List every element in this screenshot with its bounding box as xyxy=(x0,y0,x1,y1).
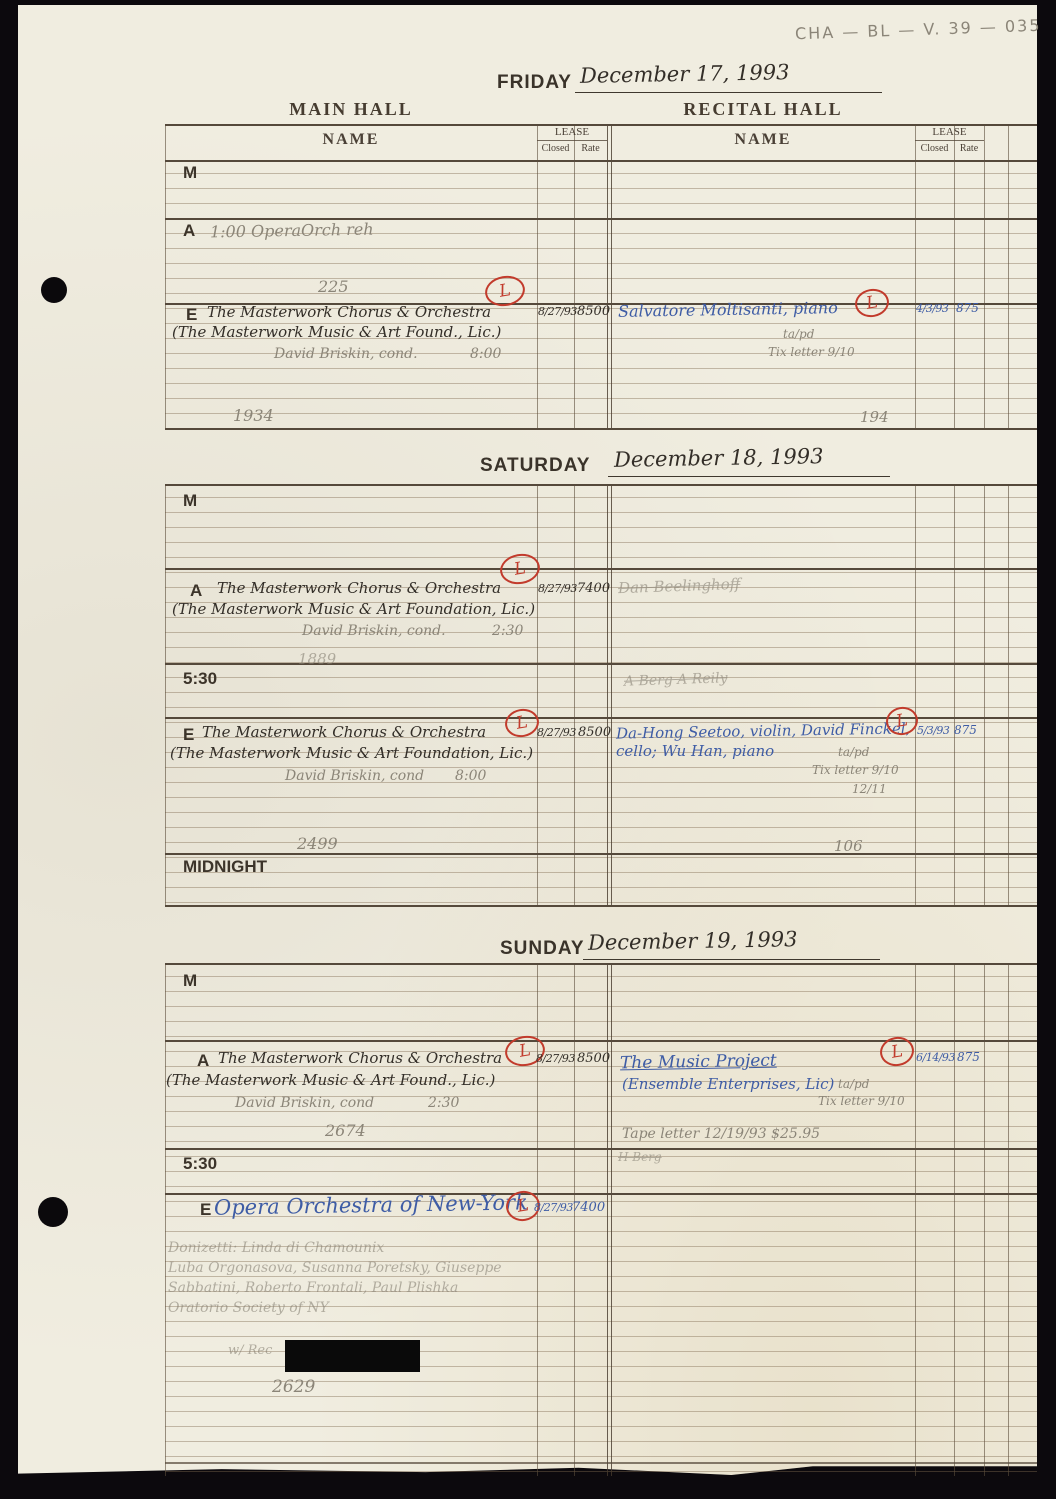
grid-line xyxy=(165,428,1037,430)
lease-rate-value: 8500 xyxy=(577,1051,610,1066)
time-note: 2:30 xyxy=(428,1095,459,1111)
closed-header-main: Closed xyxy=(537,143,574,154)
rate-header-recital: Rate xyxy=(954,143,984,154)
hole-punch-top xyxy=(41,277,67,303)
note: Tix letter 9/10 xyxy=(812,763,899,777)
cast-line: Oratorio Society of NY xyxy=(168,1300,329,1316)
lease-closed-value: 8/27/93 xyxy=(538,305,577,318)
grid-line xyxy=(165,963,1037,965)
slot-label-midnight: MIDNIGHT xyxy=(183,857,267,877)
entry-line: cello; Wu Han, piano xyxy=(616,742,774,760)
lease-rate-value: 875 xyxy=(956,301,979,315)
lease-rate-value: 7400 xyxy=(577,581,610,596)
day-title-sunday: SUNDAY xyxy=(500,938,585,960)
entry-line: (The Masterwork Music & Art Found., Lic.… xyxy=(166,1071,495,1089)
note: Tix letter 9/10 xyxy=(818,1094,905,1108)
grid-line xyxy=(915,140,984,141)
date-underline xyxy=(575,92,882,93)
time-note: 2:30 xyxy=(492,623,523,639)
slot-label-530: 5:30 xyxy=(183,1154,217,1174)
lease-rate-value: 875 xyxy=(954,723,977,737)
entry-line: The Masterwork Chorus & Orchestra xyxy=(217,579,501,597)
grid-line xyxy=(165,124,166,430)
grid-line xyxy=(165,568,1037,570)
attendance-count: 1889 xyxy=(298,650,336,668)
rule-lines xyxy=(165,160,1037,428)
entry-line: (Ensemble Enterprises, Lic) xyxy=(622,1075,834,1093)
note: 12/11 xyxy=(852,782,887,796)
lease-closed-value: 8/27/93 xyxy=(537,726,576,739)
grid-line xyxy=(537,124,538,430)
rate-header-main: Rate xyxy=(574,143,607,154)
slot-label-a: A xyxy=(197,1051,209,1071)
grid-line xyxy=(165,484,166,907)
grid-line xyxy=(954,484,955,907)
rule-lines xyxy=(165,484,1037,905)
slot-label-a: A xyxy=(190,581,202,601)
day-title-friday: FRIDAY xyxy=(497,72,572,94)
lease-closed-value: 8/27/93 xyxy=(534,1201,573,1214)
conductor-note: David Briskin, cond. xyxy=(302,623,446,639)
grid-line xyxy=(165,484,1037,486)
grid-line xyxy=(607,484,608,907)
entry-line: (The Masterwork Music & Art Found., Lic.… xyxy=(172,323,501,341)
slot-label-m: M xyxy=(183,491,197,511)
attendance-count: 225 xyxy=(318,277,349,296)
date-sunday: December 19, 1993 xyxy=(588,927,798,955)
time-note: 8:00 xyxy=(455,768,486,784)
attendance-count: 194 xyxy=(860,408,889,426)
entry-line: The Masterwork Chorus & Orchestra xyxy=(207,303,491,321)
cast-line: Sabbatini, Roberto Frontali, Paul Plishk… xyxy=(168,1280,458,1296)
grid-line xyxy=(574,484,575,907)
time-note: 8:00 xyxy=(470,346,501,362)
lease-rate-value: 7400 xyxy=(572,1200,605,1215)
date-underline xyxy=(583,959,880,960)
grid-line xyxy=(165,905,1037,907)
grid-line xyxy=(1008,124,1009,430)
grid-line xyxy=(915,484,916,907)
attendance-count: 106 xyxy=(834,837,863,855)
lease-rate-value: 8500 xyxy=(577,304,610,319)
entry-note: 1:00 OperaOrch reh xyxy=(210,220,374,242)
date-underline xyxy=(608,476,890,477)
grid-line xyxy=(954,124,955,430)
attendance-count: 2629 xyxy=(272,1377,315,1397)
redaction-box xyxy=(285,1340,420,1372)
cast-line: Luba Orgonasova, Susanna Poretsky, Giuse… xyxy=(168,1260,502,1276)
day-title-saturday: SATURDAY xyxy=(480,455,590,477)
attendance-count: 1934 xyxy=(233,406,274,425)
lease-rate-value: 875 xyxy=(957,1050,980,1064)
lease-closed-value: 4/3/93 xyxy=(916,302,948,315)
note: w/ Rec xyxy=(228,1343,272,1358)
scanned-ledger-page: CHA — BL — V. 39 — 035 FRIDAY December 1… xyxy=(0,0,1056,1499)
grid-line xyxy=(537,140,607,141)
grid-line xyxy=(915,124,916,430)
attendance-count: 2499 xyxy=(297,834,338,853)
grid-line xyxy=(165,853,1037,855)
slot-label-e: E xyxy=(186,305,197,325)
entry-line: Salvatore Moltisanti, piano xyxy=(618,298,838,321)
grid-line xyxy=(607,124,608,430)
name-header-main: NAME xyxy=(165,131,537,149)
lease-closed-value: 6/14/93 xyxy=(916,1051,955,1064)
grid-line xyxy=(611,484,612,907)
date-friday: December 17, 1993 xyxy=(580,60,790,88)
date-saturday: December 18, 1993 xyxy=(614,444,824,472)
main-hall-heading: MAIN HALL xyxy=(165,99,537,120)
grid-line xyxy=(165,1148,1037,1150)
lease-header-main: LEASE xyxy=(537,126,607,138)
grid-line xyxy=(984,124,985,430)
slot-label-e: E xyxy=(183,725,194,745)
slot-label-530: 5:30 xyxy=(183,669,217,689)
conductor-note: David Briskin, cond. xyxy=(274,346,418,362)
slot-label-a: A xyxy=(183,221,195,241)
grid-line xyxy=(1008,484,1009,907)
slot-label-e: E xyxy=(200,1200,211,1220)
attendance-count: 2674 xyxy=(325,1121,366,1140)
saturday-table xyxy=(165,484,1037,907)
closed-header-recital: Closed xyxy=(915,143,954,154)
grid-line xyxy=(165,160,1037,162)
entry-line: The Masterwork Chorus & Orchestra xyxy=(202,723,486,741)
grid-line xyxy=(165,1462,1037,1464)
hole-punch-bottom xyxy=(38,1197,68,1227)
lease-closed-value: 8/27/93 xyxy=(538,582,577,595)
cast-line: Donizetti: Linda di Chamounix xyxy=(168,1240,384,1256)
slot-label-m: M xyxy=(183,971,197,991)
grid-line xyxy=(537,484,538,907)
conductor-note: David Briskin, cond xyxy=(235,1095,374,1111)
grid-line xyxy=(165,218,1037,220)
entry-line: (The Masterwork Music & Art Foundation, … xyxy=(172,600,535,618)
lease-header-recital: LEASE xyxy=(915,126,984,138)
recital-hall-heading: RECITAL HALL xyxy=(611,99,915,120)
entry-line: (The Masterwork Music & Art Foundation, … xyxy=(170,744,533,762)
note: ta/pd xyxy=(838,745,869,759)
friday-table xyxy=(165,124,1037,430)
grid-line xyxy=(574,124,575,430)
grid-line xyxy=(611,124,612,430)
slot-label-m: M xyxy=(183,163,197,183)
grid-line xyxy=(984,484,985,907)
struck-entry: H Berg xyxy=(618,1150,662,1164)
note: ta/pd xyxy=(783,327,814,341)
grid-line xyxy=(165,663,1037,665)
lease-closed-value: 8/27/93 xyxy=(536,1052,575,1065)
note: ta/pd xyxy=(838,1077,869,1091)
name-header-recital: NAME xyxy=(611,131,915,149)
lease-closed-value: 5/3/93 xyxy=(917,724,949,737)
lease-rate-value: 8500 xyxy=(578,725,611,740)
conductor-note: David Briskin, cond xyxy=(285,768,424,784)
entry-line: The Masterwork Chorus & Orchestra xyxy=(218,1049,502,1067)
note: Tape letter 12/19/93 $25.95 xyxy=(622,1126,820,1142)
note: Tix letter 9/10 xyxy=(768,345,855,359)
entry-line: The Music Project xyxy=(620,1051,777,1074)
